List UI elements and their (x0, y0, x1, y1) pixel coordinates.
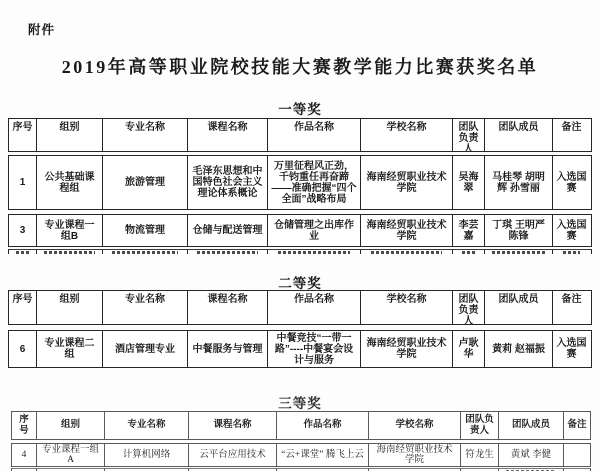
cell-work: 仓储管理之出库作业 (268, 215, 361, 246)
first-prize-table-header: 序号 组别 专业名称 课程名称 作品名称 学校名称 团队负责人 团队成员 备注 (8, 118, 592, 152)
col-header-school: 学校名称 (361, 291, 453, 324)
col-header-members: 团队成员 (499, 412, 564, 439)
clipped-cell (37, 250, 103, 254)
col-header-note: 备注 (553, 291, 590, 324)
col-header-course: 课程名称 (189, 412, 277, 439)
clipped-cell (103, 250, 188, 254)
cell-leader: 吴海翠 (453, 156, 485, 209)
clipped-cell (453, 250, 485, 254)
col-header-members: 团队成员 (485, 291, 553, 324)
clipped-row-hint (8, 249, 592, 254)
col-header-no: 序号 (9, 291, 37, 324)
cell-no: 1 (9, 156, 37, 209)
cell-members: 黄斌 李健 (499, 444, 564, 466)
cell-no: 3 (9, 215, 37, 246)
cell-work: 万里征程风正劲，千钧重任再奋蹄——准确把握“四个全面”战略布局 (268, 156, 361, 209)
clipped-cell (485, 250, 553, 254)
document-page: 附件 2019年高等职业院校技能大赛教学能力比赛获奖名单 一等奖 序号 组别 专… (0, 0, 600, 471)
col-header-group: 组别 (37, 291, 103, 324)
section-heading-third-prize: 三等奖 (0, 392, 600, 412)
col-header-course: 课程名称 (188, 291, 268, 324)
cell-group: 专业课程一组B (37, 215, 103, 246)
col-header-school: 学校名称 (361, 119, 453, 151)
col-header-leader: 团队负责人 (453, 291, 485, 324)
col-header-no: 序号 (12, 412, 37, 439)
cell-leader: 李芸嘉 (453, 215, 485, 246)
cell-group: 专业课程二组 (37, 331, 103, 367)
table-row: 6 专业课程二组 酒店管理专业 中餐服务与管理 中餐竞技“一带一路”----中餐… (8, 330, 592, 368)
second-prize-table-header: 序号 组别 专业名称 课程名称 作品名称 学校名称 团队负责人 团队成员 备注 (8, 290, 592, 325)
col-header-note: 备注 (553, 119, 590, 151)
cell-major: 计算机网络 (105, 444, 189, 466)
cell-course: 中餐服务与管理 (188, 331, 268, 367)
cell-note: 入选国赛 (553, 215, 590, 246)
cell-members: 黄莉 赵福振 (485, 331, 553, 367)
col-header-group: 组别 (37, 119, 103, 151)
col-header-course: 课程名称 (188, 119, 268, 151)
cell-leader: 符龙生 (461, 444, 499, 466)
table-row: 1 公共基础课程组 旅游管理 毛泽东思想和中国特色社会主义理论体系概论 万里征程… (8, 155, 592, 210)
cell-major: 酒店管理专业 (103, 331, 188, 367)
table-row: 3 专业课程一组B 物流管理 仓储与配送管理 仓储管理之出库作业 海南经贸职业技… (8, 214, 592, 247)
col-header-work: 作品名称 (268, 119, 361, 151)
cell-course: 毛泽东思想和中国特色社会主义理论体系概论 (188, 156, 268, 209)
cell-note (564, 444, 590, 466)
cell-note: 入选国赛 (553, 331, 590, 367)
cell-work: 中餐竞技“一带一路”----中餐宴会设计与服务 (268, 331, 361, 367)
cell-members: 马桂琴 胡明辉 孙雪丽 (485, 156, 553, 209)
col-header-leader: 团队负责人 (453, 119, 485, 151)
attachment-label: 附件 (28, 20, 55, 38)
clipped-cell (188, 250, 268, 254)
cell-work: “云+课堂” 腾飞上云 (277, 444, 369, 466)
cell-leader: 卢耿华 (453, 331, 485, 367)
cell-school: 海南经贸职业技术学院 (361, 215, 453, 246)
cell-no: 4 (12, 444, 37, 466)
col-header-leader: 团队负责人 (461, 412, 499, 439)
col-header-members: 团队成员 (485, 119, 553, 151)
cell-members: 丁琪 王明严 陈锋 (485, 215, 553, 246)
cell-major: 旅游管理 (103, 156, 188, 209)
cell-group: 专业课程一组 A (37, 444, 105, 466)
table-row: 4 专业课程一组 A 计算机网络 云平台应用技术 “云+课堂” 腾飞上云 海南经… (11, 443, 591, 467)
col-header-note: 备注 (564, 412, 590, 439)
cell-note: 入选国赛 (553, 156, 590, 209)
third-prize-table-header: 序号 组别 专业名称 课程名称 作品名称 学校名称 团队负责人 团队成员 备注 (11, 411, 591, 440)
cell-course: 云平台应用技术 (189, 444, 277, 466)
section-heading-first-prize: 一等奖 (0, 98, 600, 118)
col-header-no: 序号 (9, 119, 37, 151)
clipped-cell (268, 250, 361, 254)
col-header-work: 作品名称 (277, 412, 369, 439)
col-header-group: 组别 (37, 412, 105, 439)
col-header-major: 专业名称 (103, 291, 188, 324)
cell-school: 海南经贸职业技术学院 (361, 331, 453, 367)
cell-major: 物流管理 (103, 215, 188, 246)
clipped-cell (553, 250, 590, 254)
col-header-work: 作品名称 (268, 291, 361, 324)
section-heading-second-prize: 二等奖 (0, 272, 600, 292)
col-header-major: 专业名称 (105, 412, 189, 439)
cell-school: 海南经贸职业技术学院 (369, 444, 461, 466)
clipped-cell (361, 250, 453, 254)
cell-no: 6 (9, 331, 37, 367)
page-title: 2019年高等职业院校技能大赛教学能力比赛获奖名单 (0, 53, 600, 79)
clipped-cell (9, 250, 37, 254)
cell-school: 海南经贸职业技术学院 (361, 156, 453, 209)
col-header-school: 学校名称 (369, 412, 461, 439)
cell-group: 公共基础课程组 (37, 156, 103, 209)
col-header-major: 专业名称 (103, 119, 188, 151)
cell-course: 仓储与配送管理 (188, 215, 268, 246)
